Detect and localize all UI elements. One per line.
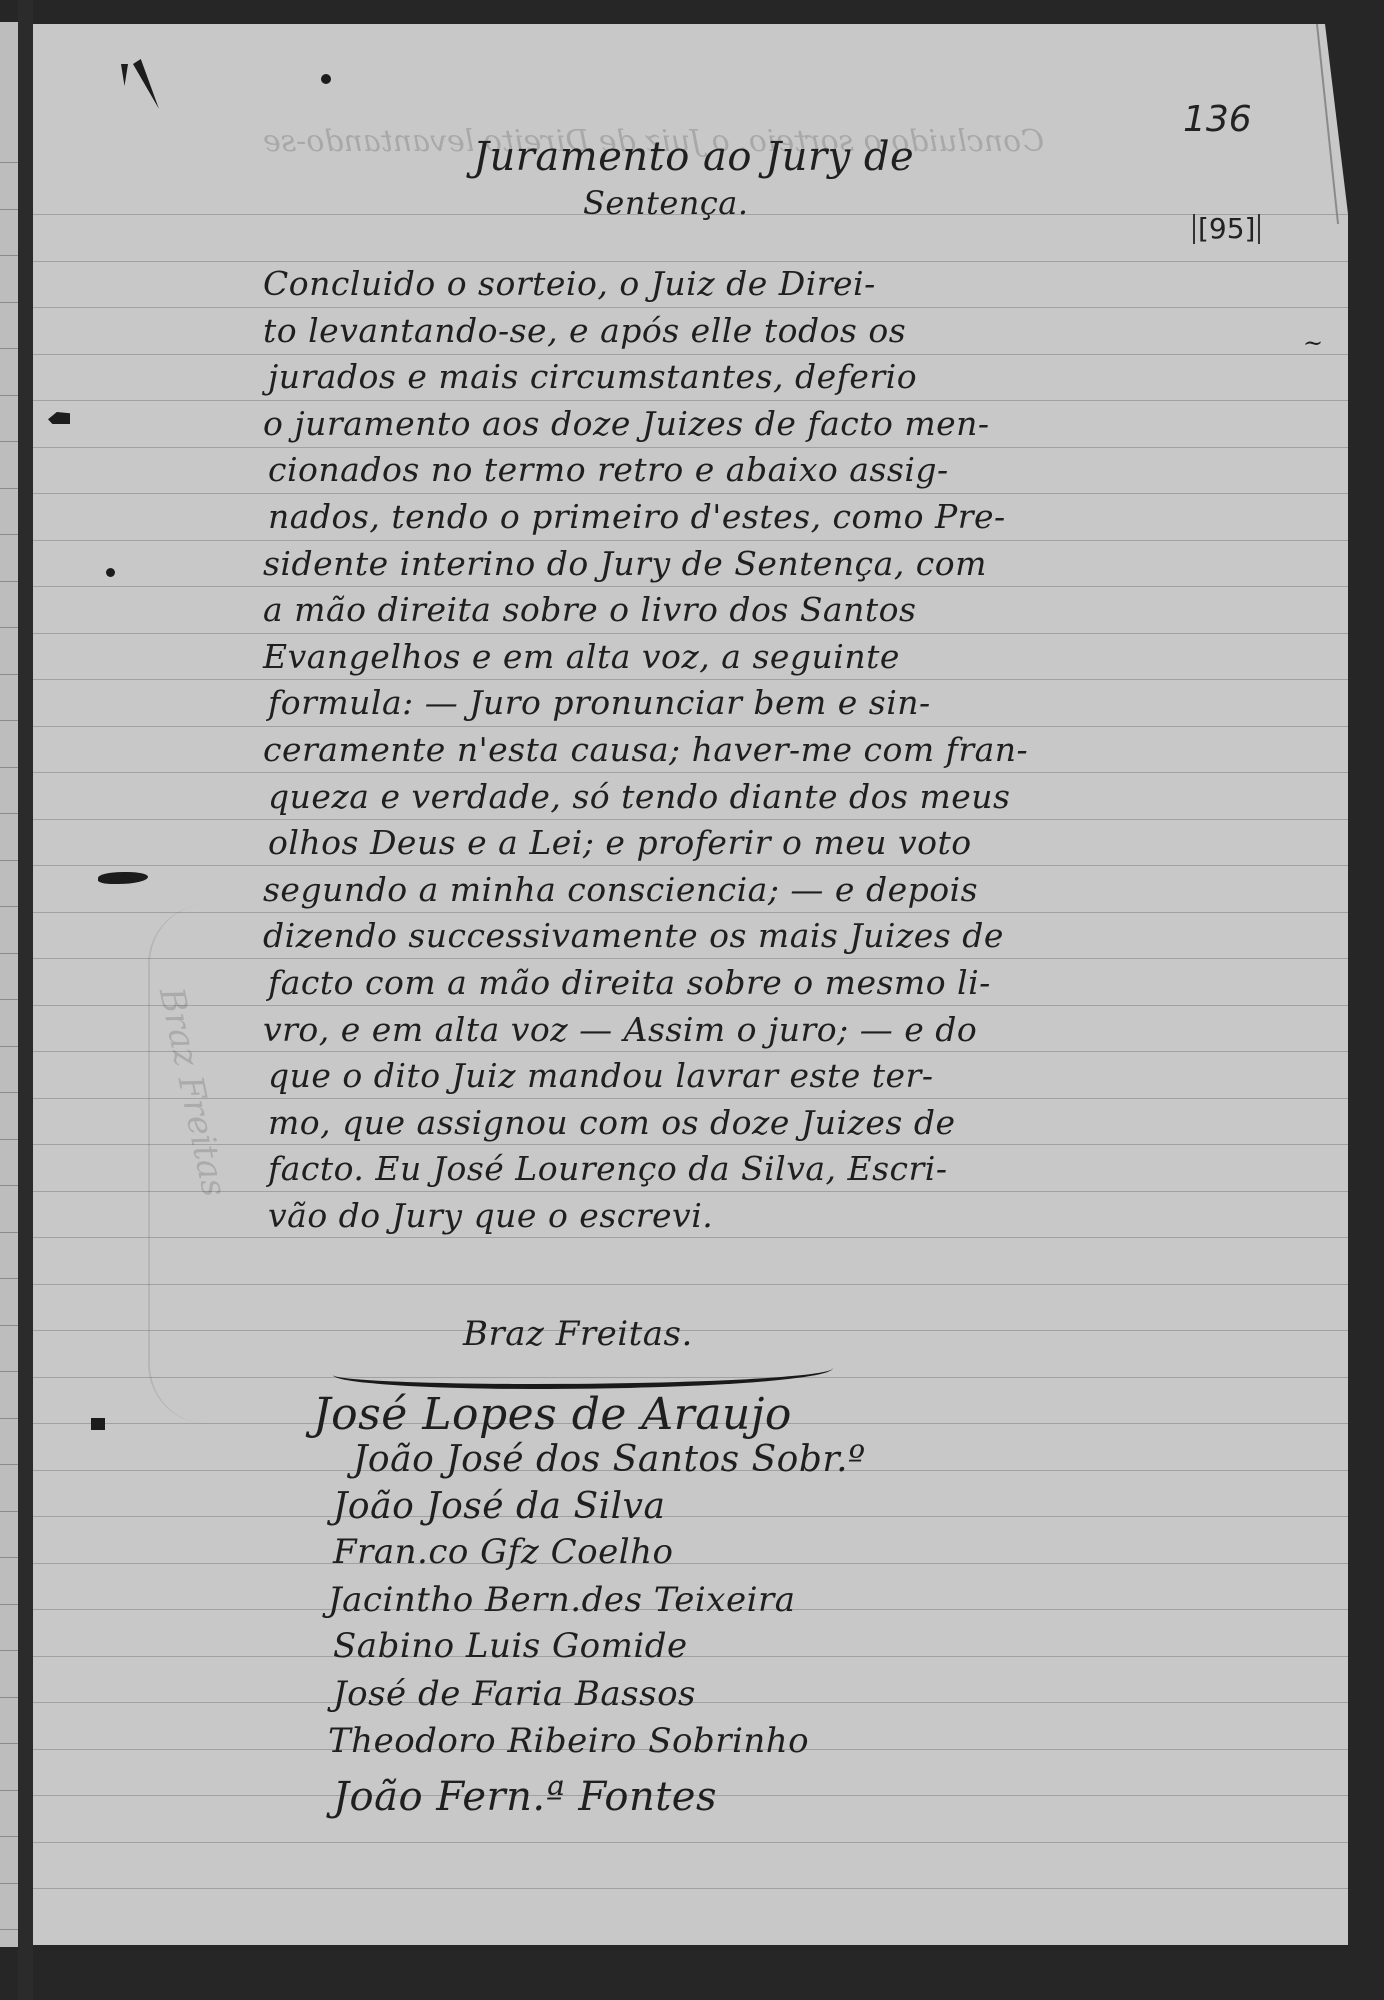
ink-dot xyxy=(106,568,115,577)
body-text-line: formula: — Juro pronunciar bem e sin- xyxy=(268,683,931,722)
ink-dot xyxy=(321,74,331,84)
ruled-line xyxy=(33,1888,1348,1889)
previous-page-rule xyxy=(0,860,18,861)
previous-page-rule xyxy=(0,395,18,396)
judge-signature: Braz Freitas. xyxy=(463,1314,693,1354)
previous-page-rule xyxy=(0,1929,18,1930)
body-text-line: que o dito Juiz mandou lavrar este ter- xyxy=(268,1056,933,1095)
ink-mark xyxy=(91,1418,105,1430)
ruled-line xyxy=(33,1516,1348,1517)
previous-page-rule xyxy=(0,1836,18,1837)
body-text-line: vro, e em alta voz — Assim o juro; — e d… xyxy=(263,1010,977,1049)
previous-page-rule xyxy=(0,1185,18,1186)
previous-page-rule xyxy=(0,999,18,1000)
previous-page-rule xyxy=(0,1092,18,1093)
signature-flourish xyxy=(333,1354,833,1389)
ink-mark xyxy=(48,412,70,424)
previous-page-rule xyxy=(0,906,18,907)
previous-page-rule xyxy=(0,1650,18,1651)
previous-page-rule xyxy=(0,1371,18,1372)
juror-signature: João José dos Santos Sobr.º xyxy=(353,1439,866,1480)
previous-page-rule xyxy=(0,627,18,628)
page-fold-line xyxy=(1316,24,1339,224)
body-text-line: to levantando-se, e após elle todos os xyxy=(263,311,906,350)
juror-signature: Theodoro Ribeiro Sobrinho xyxy=(328,1721,809,1761)
juror-signature: José Lopes de Araujo xyxy=(313,1389,792,1440)
previous-page-rule xyxy=(0,1743,18,1744)
juror-signature: Jacintho Bern.des Teixeira xyxy=(328,1580,795,1620)
body-text-line: mo, que assignou com os doze Juizes de xyxy=(268,1103,955,1142)
previous-page-rule xyxy=(0,162,18,163)
margin-note: ~ xyxy=(1303,329,1324,357)
previous-page-rule xyxy=(0,1883,18,1884)
previous-page-rule xyxy=(0,1511,18,1512)
body-text-line: queza e verdade, só tendo diante dos meu… xyxy=(268,777,1011,816)
body-text-line: a mão direita sobre o livro dos Santos xyxy=(263,590,916,629)
ruled-line xyxy=(33,400,1348,401)
ruled-line xyxy=(33,772,1348,773)
previous-page-rule xyxy=(0,1557,18,1558)
ruled-line xyxy=(33,1563,1348,1564)
previous-page-edge xyxy=(0,22,18,1947)
ruled-line xyxy=(33,726,1348,727)
previous-page-rule xyxy=(0,255,18,256)
document-title-line-2: Sentença. xyxy=(583,184,749,222)
body-text-line: ceramente n'esta causa; haver-me com fra… xyxy=(263,730,1028,769)
previous-page-rule xyxy=(0,1325,18,1326)
previous-page-rule xyxy=(0,1790,18,1791)
previous-page-rule xyxy=(0,674,18,675)
previous-page-rule xyxy=(0,1278,18,1279)
previous-page-rule xyxy=(0,1604,18,1605)
ink-mark xyxy=(121,64,128,86)
ruled-line xyxy=(33,307,1348,308)
body-text-line: vão do Jury que o escrevi. xyxy=(268,1196,713,1235)
document-title-line-1: Juramento ao Jury de xyxy=(473,134,914,180)
body-text-line: olhos Deus e a Lei; e proferir o meu vot… xyxy=(268,823,972,862)
previous-page-rule xyxy=(0,581,18,582)
page-number: 136 xyxy=(1183,99,1252,140)
juror-signature: João José da Silva xyxy=(333,1486,665,1527)
previous-page-rule xyxy=(0,302,18,303)
ruled-line xyxy=(33,586,1348,587)
binding-edge xyxy=(18,0,33,2000)
previous-page-rule xyxy=(0,953,18,954)
body-text-line: dizendo successivamente os mais Juizes d… xyxy=(263,916,1004,955)
body-text-line: segundo a minha consciencia; — e depois xyxy=(263,870,978,909)
previous-page-rule xyxy=(0,534,18,535)
document-page: Concluido o sorteio, o Juiz de Direito l… xyxy=(33,24,1348,1945)
body-text-line: cionados no termo retro e abaixo assig- xyxy=(268,450,949,489)
ruled-line xyxy=(33,819,1348,820)
ruled-line xyxy=(33,261,1348,262)
ruled-line xyxy=(33,493,1348,494)
previous-page-rule xyxy=(0,720,18,721)
juror-signature: Sabino Luis Gomide xyxy=(333,1626,688,1666)
body-text-line: nados, tendo o primeiro d'estes, como Pr… xyxy=(268,497,1006,536)
previous-page-rule xyxy=(0,1418,18,1419)
ruled-line xyxy=(33,679,1348,680)
previous-page-rule xyxy=(0,488,18,489)
previous-page-rule xyxy=(0,1464,18,1465)
ruled-line xyxy=(33,354,1348,355)
ink-blot xyxy=(98,872,148,884)
body-text-line: sidente interino do Jury de Sentença, co… xyxy=(263,544,987,583)
previous-page-rule xyxy=(0,1046,18,1047)
previous-page-rule xyxy=(0,813,18,814)
ruled-line xyxy=(33,447,1348,448)
previous-page-rule xyxy=(0,209,18,210)
previous-page-rule xyxy=(0,767,18,768)
body-text-line: o juramento aos doze Juizes de facto men… xyxy=(263,404,990,443)
body-text-line: Concluido o sorteio, o Juiz de Direi- xyxy=(263,264,876,303)
previous-page-rule xyxy=(0,1139,18,1140)
juror-signature: José de Faria Bassos xyxy=(333,1674,696,1714)
previous-page-rule xyxy=(0,1697,18,1698)
margin-stamp-text: Braz Freitas xyxy=(151,984,234,1200)
body-text-line: Evangelhos e em alta voz, a seguinte xyxy=(263,637,900,676)
ruled-line xyxy=(33,633,1348,634)
body-text-line: facto com a mão direita sobre o mesmo li… xyxy=(268,963,991,1002)
folio-number: [95] xyxy=(1193,214,1260,244)
ruled-line xyxy=(33,1842,1348,1843)
ruled-line xyxy=(33,865,1348,866)
ruled-line xyxy=(33,540,1348,541)
previous-page-rule xyxy=(0,348,18,349)
body-text-line: facto. Eu José Lourenço da Silva, Escri- xyxy=(268,1149,948,1188)
juror-signature: Fran.co Gfz Coelho xyxy=(333,1532,673,1572)
previous-page-rule xyxy=(0,1232,18,1233)
ink-mark xyxy=(133,59,159,109)
previous-page-rule xyxy=(0,441,18,442)
juror-signature: João Fern.ª Fontes xyxy=(333,1774,717,1820)
body-text-line: jurados e mais circumstantes, deferio xyxy=(268,357,917,396)
ruled-line xyxy=(33,1656,1348,1657)
